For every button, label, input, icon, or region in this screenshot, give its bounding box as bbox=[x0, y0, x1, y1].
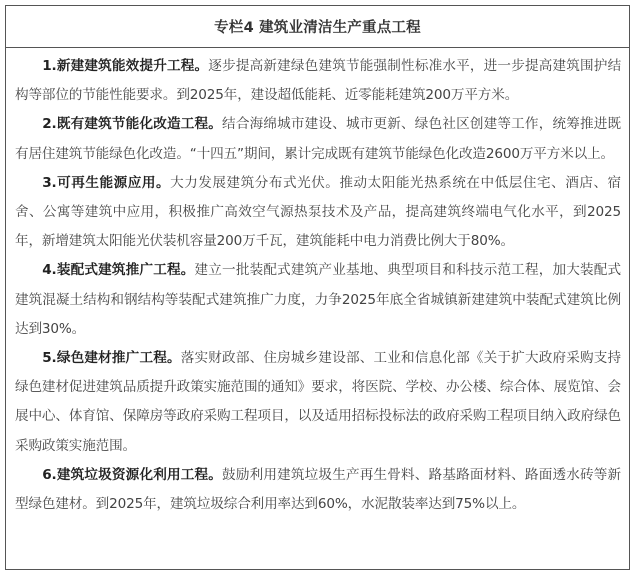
item-existing-building-retrofit: 2.既有建筑节能化改造工程。结合海绵城市建设、城市更新、绿色社区创建等工作，统筹… bbox=[15, 110, 621, 168]
item-construction-waste: 6.建筑垃圾资源化利用工程。鼓励利用建筑垃圾生产再生骨料、路基路面材料、路面透水… bbox=[15, 461, 621, 519]
item-heading: 2.既有建筑节能化改造工程。 bbox=[42, 116, 222, 132]
item-new-building-efficiency: 1.新建建筑能效提升工程。逐步提高新建绿色建筑节能强制性标准水平，进一步提高建筑… bbox=[15, 52, 621, 110]
feature-box: 专栏4 建筑业清洁生产重点工程 1.新建建筑能效提升工程。逐步提高新建绿色建筑节… bbox=[5, 5, 630, 570]
item-heading: 3.可再生能源应用。 bbox=[42, 175, 170, 191]
item-heading: 1.新建建筑能效提升工程。 bbox=[42, 58, 208, 74]
box-title-row: 专栏4 建筑业清洁生产重点工程 bbox=[6, 6, 629, 48]
item-heading: 4.装配式建筑推广工程。 bbox=[42, 262, 194, 278]
item-renewable-energy: 3.可再生能源应用。大力发展建筑分布式光伏。推动太阳能光热系统在中低层住宅、酒店… bbox=[15, 169, 621, 257]
item-prefab-building: 4.装配式建筑推广工程。建立一批装配式建筑产业基地、典型项目和科技示范工程，加大… bbox=[15, 256, 621, 344]
box-title: 专栏4 建筑业清洁生产重点工程 bbox=[214, 16, 421, 37]
item-heading: 5.绿色建材推广工程。 bbox=[42, 350, 181, 366]
item-green-materials: 5.绿色建材推广工程。落实财政部、住房城乡建设部、工业和信息化部《关于扩大政府采… bbox=[15, 344, 621, 461]
box-content: 1.新建建筑能效提升工程。逐步提高新建绿色建筑节能强制性标准水平，进一步提高建筑… bbox=[6, 48, 629, 519]
item-heading: 6.建筑垃圾资源化利用工程。 bbox=[42, 467, 222, 483]
